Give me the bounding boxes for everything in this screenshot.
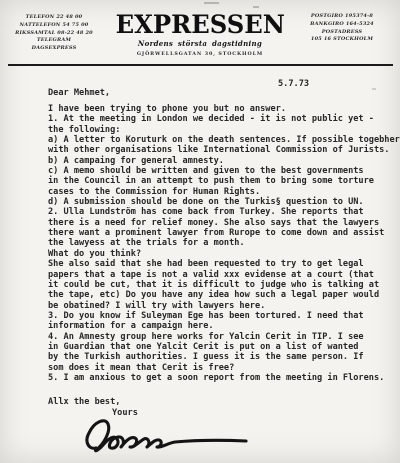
letter-body-line: in Guardian that one Yalcit Cerit is put… [48,342,400,352]
letter-body-line: 1. At the meeting in London we decided -… [48,114,400,124]
newspaper-street-address: GJÖRWELLSGATAN 30, STOCKHOLM [90,51,310,57]
scan-artifact [253,6,259,8]
letter-body-line: I have been trying to phone you but no a… [48,104,400,114]
letter-body-line: 4. An Amnesty group here works for Yalci… [48,332,400,342]
letter-body-line: it could be cut, that it is difficult to… [48,280,400,290]
letter-body-line: the tape, etc) Do you have any idea how … [48,290,400,300]
letter-closing: Allx the best, [48,397,120,407]
letter-body: I have been trying to phone you but no a… [48,104,400,383]
letterhead-contact-line: TELEFON 22 48 00 [14,14,94,22]
masthead: EXPRESSEN Nordens största dagstidning GJ… [90,11,310,57]
scan-artifact [372,88,376,90]
scanned-letter-page: TELEFON 22 48 00NATTELEFON 54 75 00RIKSS… [0,0,400,463]
letterhead-contact-line: NATTELEFON 54 75 00 [14,22,94,30]
newspaper-logo: EXPRESSEN [115,11,284,38]
letter-body-line: information for a campaign here. [48,321,400,331]
letter-body-line: cases to the Commission for Human Rights… [48,187,400,197]
letter-body-line: a) A letter to Koruturk on the death sen… [48,135,400,145]
letterhead-contact-line: RIKSSAMTAL 08-22 48 20 [14,30,94,38]
letterhead-contact-line: TELEGRAM DAGSEXPRESS [14,37,94,53]
letter-body-line: papers that a tape is not a valid xxx ev… [48,270,400,280]
letter-body-line: in the Council in an attempt to push the… [48,176,400,186]
letterhead-postal-block: POSTGIRO 195374-8BANKGIRO 164-5324POSTAD… [294,13,390,44]
letter-body-line: c) A memo should be written and given to… [48,166,400,176]
newspaper-slogan: Nordens största dagstidning [90,39,310,48]
letter-body-line: som does it mean that Cerit is free? [48,363,400,373]
letter-salutation: Dear Mehmet, [48,88,110,98]
letter-body-line: b) A campaing for general amnesty. [48,156,400,166]
letter-body-line: She also said that she had been requeste… [48,259,400,269]
letterhead-postal-line: BANKGIRO 164-5324 [294,21,390,29]
letter-body-line: there want a prominent lawyer from Rurop… [48,228,400,238]
letter-body-line: with other organisations like Internatio… [48,145,400,155]
letter-body-line: What do you think? [48,249,400,259]
letter-body-line: there is a need for relief money. She al… [48,218,400,228]
scan-artifact [204,2,219,4]
letterhead-divider-rule [8,64,393,66]
letterhead-postal-line: POSTADRESS [294,29,390,37]
letterhead-postal-line: 105 16 STOCKHOLM [294,36,390,44]
letter-body-line: the following: [48,125,400,135]
letter-date: 5.7.73 [278,79,309,89]
letter-body-line: d) A submission should be done on the Tu… [48,197,400,207]
letter-body-line: 5. I am anxious to get a soon report fro… [48,373,400,383]
letter-body-line: the lawyess at the trials for a month. [48,238,400,248]
letter-body-line: 3. Do you know if Suleyman Ege has been … [48,311,400,321]
letterhead-contact-block: TELEFON 22 48 00NATTELEFON 54 75 00RIKSS… [14,14,94,53]
letter-body-line: be obatined? I will try with lawyers her… [48,301,400,311]
letter-body-line: 2. Ulla Lundström has come back from Tur… [48,207,400,217]
signature-icon [83,413,253,455]
letterhead-postal-line: POSTGIRO 195374-8 [294,13,390,21]
letter-body-line: by the Turkish authorities. I guess it i… [48,352,400,362]
handwritten-signature-scrawl [83,413,253,459]
